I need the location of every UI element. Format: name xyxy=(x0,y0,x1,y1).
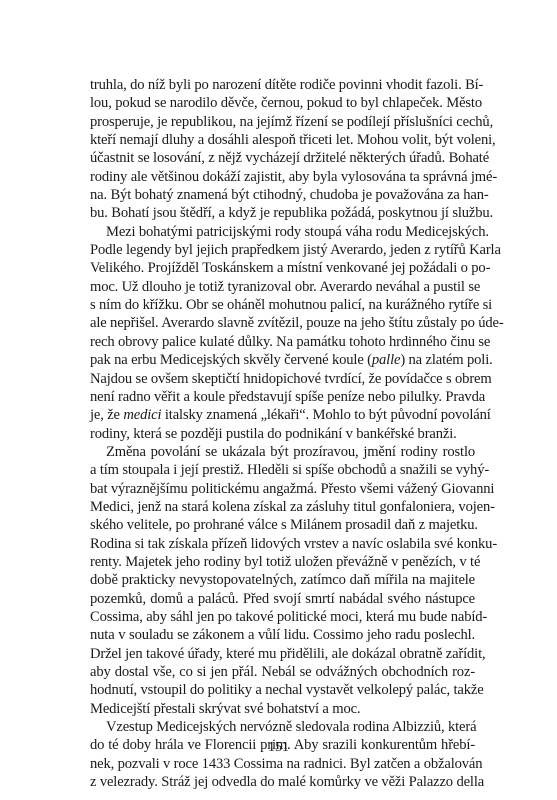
text-line: účastnit se losování, z nějž vycházejí d… xyxy=(90,149,475,167)
paragraph-3: Změna povolání se ukázala být prozíravou… xyxy=(90,443,475,718)
text-line: Vzestup Medicejských nervózně sledovala … xyxy=(90,718,475,736)
text-line: Medicejští přestali skrývat své bohatstv… xyxy=(90,700,475,718)
text-line: prosperuje, je republikou, na jejímž říz… xyxy=(90,113,475,131)
text-line: Mezi bohatými patricijskými rody stoupá … xyxy=(90,223,475,241)
text-line: Změna povolání se ukázala být prozíravou… xyxy=(90,443,475,461)
page-number: 151 xyxy=(0,740,557,756)
text-line: Držel jen takové úřady, které mu přiděli… xyxy=(90,645,475,663)
text-line: renty. Majetek jeho rodiny byl totiž ulo… xyxy=(90,553,475,571)
text-line: z velezrady. Stráž jej odvedla do malé k… xyxy=(90,773,475,791)
text-line: ského velitele, po prohrané válce s Milá… xyxy=(90,516,475,534)
text-line: Rodina si tak získala přízeň lidových vr… xyxy=(90,535,475,553)
text-line: rech obrovy palice kulaté důlky. Na pamá… xyxy=(90,333,475,351)
text-line: a tím stoupala i její prestiž. Hleděli s… xyxy=(90,461,475,479)
text-line: rodiny, která se později pustila do podn… xyxy=(90,425,475,443)
text-line: rodiny ale většinou dokáží zajistit, aby… xyxy=(90,168,475,186)
text-line: je, že medici italsky znamená „lékaři“. … xyxy=(90,406,475,424)
text-line: nuta v souladu se zákonem a vůlí lidu. C… xyxy=(90,626,475,644)
text-line: pozemků, domů a paláců. Před svojí smrtí… xyxy=(90,590,475,608)
text-line: době prakticky nevystopovatelných, zatím… xyxy=(90,571,475,589)
text-line: nek, pozvali v roce 1433 Cossima na radn… xyxy=(90,755,475,773)
body-text: truhla, do níž byli po narození dítěte r… xyxy=(90,76,475,791)
text-line: lou, pokud se narodilo děvče, černou, po… xyxy=(90,94,475,112)
text-line: Medici, jenž na stará kolena získal za z… xyxy=(90,498,475,516)
text-line: Cossima, aby sáhl jen po takové politick… xyxy=(90,608,475,626)
paragraph-1: truhla, do níž byli po narození dítěte r… xyxy=(90,76,475,223)
text-line: pak na erbu Medicejských skvěly červené … xyxy=(90,351,475,369)
book-page: truhla, do níž byli po narození dítěte r… xyxy=(0,0,557,800)
text-line: Podle legendy byl jejich prapředkem jist… xyxy=(90,241,475,259)
text-line: moc. Už dlouho je totiž tyranizoval obr.… xyxy=(90,278,475,296)
text-line: bat výraznějšímu politickému angažmá. Př… xyxy=(90,480,475,498)
text-line: s ním do křížku. Obr se oháněl mohutnou … xyxy=(90,296,475,314)
text-line: aby dostal vše, co si jen přál. Nebál se… xyxy=(90,663,475,681)
text-line: hodnutí, vstoupil do politiky a nechal v… xyxy=(90,681,475,699)
text-line: není radno věřit a koule představují spí… xyxy=(90,388,475,406)
text-line: bu. Bohatí jsou štědří, a když je republ… xyxy=(90,204,475,222)
text-line: kteří nemají dluhy a dosáhli alespoň tři… xyxy=(90,131,475,149)
text-line: Najdou se ovšem skeptičtí hnidopichové t… xyxy=(90,370,475,388)
text-line: na. Být bohatý znamená být ctihodný, chu… xyxy=(90,186,475,204)
paragraph-2: Mezi bohatými patricijskými rody stoupá … xyxy=(90,223,475,443)
text-line: truhla, do níž byli po narození dítěte r… xyxy=(90,76,475,94)
text-line: ale nepřišel. Averardo slavně zvítězil, … xyxy=(90,314,475,332)
text-line: Velikého. Projížděl Toskánskem a místní … xyxy=(90,259,475,277)
